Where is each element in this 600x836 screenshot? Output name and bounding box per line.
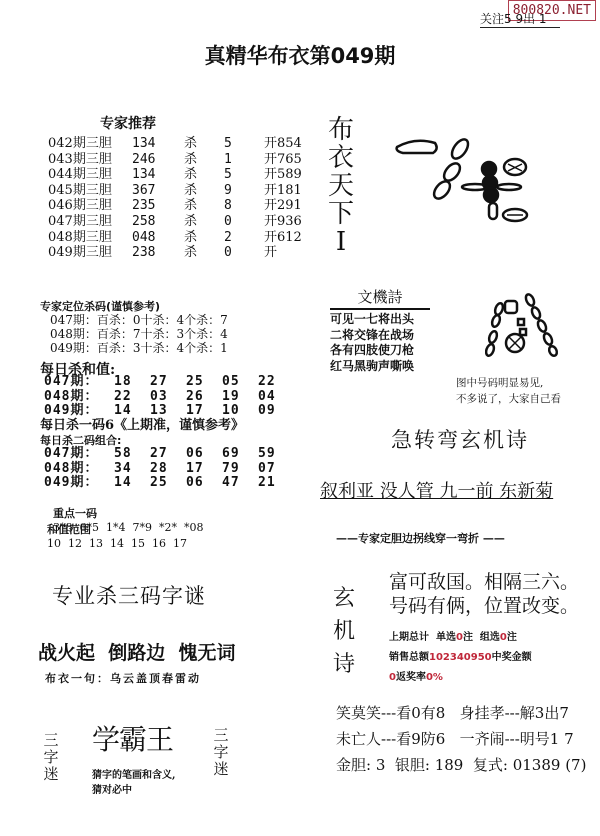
table-row: 048期：3428177907 [44, 462, 294, 477]
kill-three-title: 专业杀三码字谜 [52, 580, 206, 610]
sum-range-values: 10 12 13 14 15 16 17 [47, 537, 187, 550]
table-row: 042期三胆134杀5开854 [48, 136, 302, 152]
table-row: 048期：2203261904 [44, 390, 294, 405]
list-item: 049期：百杀：3十杀：4个杀：1 [50, 341, 228, 355]
sales-stats: 上期总计 单选0注 组选0注 销售总额102340950中奖金额 0返奖率0% [389, 628, 532, 688]
hint-line: 金胆: 3 银胆: 189 复式: 01389 (7) [336, 752, 586, 778]
daily-kill-two-table: 047期：5827066959048期：3428177907049期：14250… [44, 447, 294, 491]
three-char-riddle-label-left: 三 字 迷 [42, 732, 60, 783]
wenji-poem-title: 文機詩 [330, 286, 430, 310]
poem-line: 红马黑驹声嘶唤 [330, 359, 430, 375]
table-row: 043期三胆246杀1开765 [48, 152, 302, 168]
mahjong-figure [485, 293, 565, 358]
table-row: 047期：1827250522 [44, 375, 294, 390]
poem-line: 二将交锋在战场 [330, 328, 430, 344]
sum-range-label: 和值范围 [47, 523, 91, 536]
jizhuanwan-riddle: 叙利亚 没人管 九一前 东新菊 [320, 477, 553, 503]
daily-sum-kill-table: 047期：1827250522048期：2203261904049期：14131… [44, 375, 294, 419]
table-row: 045期三胆367杀9开181 [48, 183, 302, 199]
prize-amount: 0 [389, 672, 396, 683]
position-kill-heading: 专家定位杀码(谨慎参考) [40, 298, 160, 314]
hint-line: 笑莫笑---看0有8 身挂孝---解3出7 [336, 700, 586, 726]
table-row: 049期：1425064721 [44, 476, 294, 491]
three-char-riddle-note: 猜字的笔画和含义,猜对必中 [92, 768, 182, 798]
hint-lines: 笑莫笑---看0有8 身挂孝---解3出7 未亡人---看9防6 一齐闹---明… [336, 700, 586, 778]
expert-dan-line: ——专家定胆边拐线穿一弯折 —— [336, 530, 505, 546]
jizhuanwan-title: 急转弯玄机诗 [330, 424, 590, 454]
list-item: 048期：百杀：7十杀：3个杀：4 [50, 327, 228, 341]
three-char-riddle-word: 学霸王 [92, 718, 173, 758]
table-row: 047期：5827066959 [44, 447, 294, 462]
wenji-poem: 文機詩 可见一七将出头 二将交锋在战场 各有四肢使刀枪 红马黑驹声嘶唤 [330, 286, 430, 374]
three-char-riddle-label-right: 三 字 迷 [212, 727, 230, 778]
position-kill-list: 047期：百杀：0十杀：4个杀：7 048期：百杀：7十杀：3个杀：4 049期… [50, 313, 228, 355]
buyi-line: 布衣一句：乌云盖顶春雷动 [45, 670, 201, 686]
kill-three-words: 战火起 倒路边 愧无词 [38, 638, 235, 665]
table-row: 048期三胆048杀2开612 [48, 230, 302, 246]
expert-recommend-heading: 专家推荐 [100, 113, 156, 133]
poem-line: 各有四肢使刀枪 [330, 343, 430, 359]
buyi-tianxia-title: 布 衣 天 下 I [326, 116, 356, 256]
picture-caption: 图中号码明显易见, 不多说了，大家自己看 [456, 375, 561, 407]
follow-note: 关注5 9出 1 [480, 12, 560, 28]
poem-line: 富可敌国。相隔三六。 [389, 570, 579, 594]
page-title: 真精华布衣第049期 [0, 40, 600, 70]
table-row: 049期三胆238杀0开 [48, 245, 302, 261]
sales-total: 102340950 [429, 652, 492, 663]
return-rate: 0% [426, 672, 443, 683]
table-row: 046期三胆235杀8开291 [48, 198, 302, 214]
chess-pieces-figure [395, 135, 555, 225]
poem-line: 可见一七将出头 [330, 312, 430, 328]
sum-range-row: 和值范围 10 12 13 14 15 16 17 [40, 508, 187, 550]
xuanji-poem-title: 玄 机 诗 [333, 582, 359, 681]
xuanji-poem-lines: 富可敌国。相隔三六。 号码有俩，位置改变。 [389, 570, 579, 618]
table-row: 044期三胆134杀5开589 [48, 167, 302, 183]
daily-kill-one: 每日杀一码6《上期准，谨慎参考》 [40, 414, 244, 433]
hint-line: 未亡人---看9防6 一齐闹---明号1 7 [336, 726, 586, 752]
poem-line: 号码有俩，位置改变。 [389, 594, 579, 618]
expert-recommend-table: 042期三胆134杀5开854043期三胆246杀1开765044期三胆134杀… [48, 136, 302, 261]
list-item: 047期：百杀：0十杀：4个杀：7 [50, 313, 228, 327]
table-row: 047期三胆258杀0开936 [48, 214, 302, 230]
